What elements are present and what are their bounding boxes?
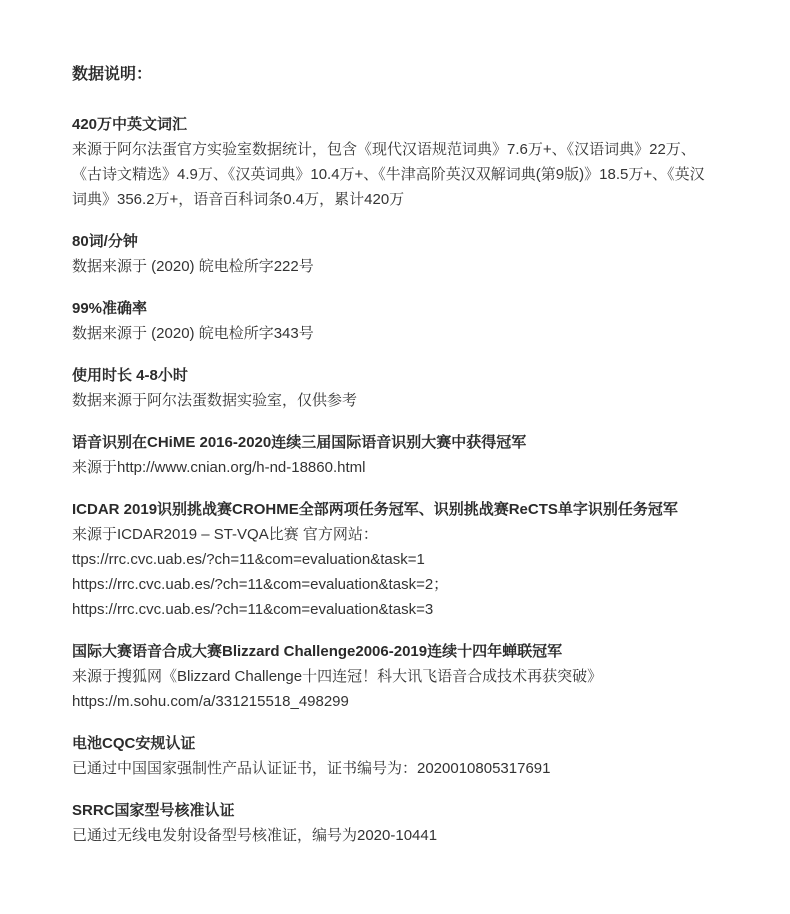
section-heading: 420万中英文词汇 <box>72 112 718 137</box>
source-url-text: https://m.sohu.com/a/331215518_498299 <box>72 689 718 714</box>
section-vocabulary: 420万中英文词汇 来源于阿尔法蛋官方实验室数据统计，包含《现代汉语规范词典》7… <box>72 112 718 212</box>
section-cqc-certification: 电池CQC安规认证 已通过中国国家强制性产品认证证书，证书编号为：2020010… <box>72 731 718 781</box>
page-title: 数据说明： <box>72 62 718 87</box>
section-body-text: 数据来源于 (2020) 皖电检所字222号 <box>72 254 718 279</box>
source-url-text: https://rrc.cvc.uab.es/?ch=11&com=evalua… <box>72 572 718 597</box>
section-heading: 语音识别在CHiME 2016-2020连续三届国际语音识别大赛中获得冠军 <box>72 430 718 455</box>
document-page: 数据说明： 420万中英文词汇 来源于阿尔法蛋官方实验室数据统计，包含《现代汉语… <box>0 0 790 914</box>
section-body-text: 来源于ICDAR2019 – ST-VQA比赛 官方网站： <box>72 522 718 547</box>
section-srrc-certification: SRRC国家型号核准认证 已通过无线电发射设备型号核准证，编号为2020-104… <box>72 798 718 848</box>
section-body-text: 来源于阿尔法蛋官方实验室数据统计，包含《现代汉语规范词典》7.6万+、《汉语词典… <box>72 137 718 212</box>
section-body-text: 数据来源于阿尔法蛋数据实验室，仅供参考 <box>72 388 718 413</box>
section-chime-award: 语音识别在CHiME 2016-2020连续三届国际语音识别大赛中获得冠军 来源… <box>72 430 718 480</box>
section-heading: 99%准确率 <box>72 296 718 321</box>
source-url-text: https://rrc.cvc.uab.es/?ch=11&com=evalua… <box>72 597 718 622</box>
section-heading: 使用时长 4-8小时 <box>72 363 718 388</box>
section-words-per-minute: 80词/分钟 数据来源于 (2020) 皖电检所字222号 <box>72 229 718 279</box>
source-url-text: 来源于http://www.cnian.org/h-nd-18860.html <box>72 455 718 480</box>
section-heading: 80词/分钟 <box>72 229 718 254</box>
section-icdar-award: ICDAR 2019识别挑战赛CROHME全部两项任务冠军、识别挑战赛ReCTS… <box>72 497 718 622</box>
section-heading: ICDAR 2019识别挑战赛CROHME全部两项任务冠军、识别挑战赛ReCTS… <box>72 497 718 522</box>
section-blizzard-award: 国际大赛语音合成大赛Blizzard Challenge2006-2019连续十… <box>72 639 718 714</box>
section-body-text: 已通过无线电发射设备型号核准证，编号为2020-10441 <box>72 823 718 848</box>
source-url-text: ttps://rrc.cvc.uab.es/?ch=11&com=evaluat… <box>72 547 718 572</box>
section-heading: SRRC国家型号核准认证 <box>72 798 718 823</box>
section-body-text: 来源于搜狐网《Blizzard Challenge十四连冠！科大讯飞语音合成技术… <box>72 664 718 689</box>
section-usage-duration: 使用时长 4-8小时 数据来源于阿尔法蛋数据实验室，仅供参考 <box>72 363 718 413</box>
section-body-text: 数据来源于 (2020) 皖电检所字343号 <box>72 321 718 346</box>
section-body-text: 已通过中国国家强制性产品认证证书，证书编号为：2020010805317691 <box>72 756 718 781</box>
section-accuracy: 99%准确率 数据来源于 (2020) 皖电检所字343号 <box>72 296 718 346</box>
section-heading: 电池CQC安规认证 <box>72 731 718 756</box>
section-heading: 国际大赛语音合成大赛Blizzard Challenge2006-2019连续十… <box>72 639 718 664</box>
